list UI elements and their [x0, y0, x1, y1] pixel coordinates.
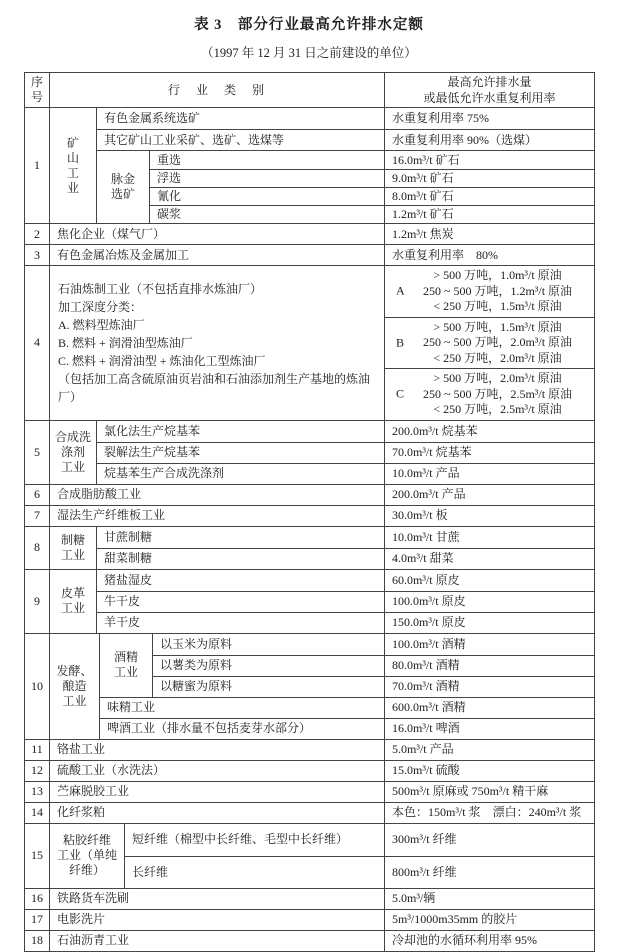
refinery-class-a-block: A > 500 万吨，1.0m³/t 原油 250 ~ 500 万吨，1.2m³…	[385, 266, 594, 317]
row-seq: 3	[25, 245, 49, 265]
item-value: 300m³/t 纤维	[384, 824, 594, 856]
table-subrow: 以玉米为原料 100.0m³/t 酒精	[153, 634, 594, 655]
table-subrow: 甘蔗制糖 10.0m³/t 甘蔗	[97, 527, 594, 548]
item-label: 重选	[150, 151, 384, 169]
item-label: 裂解法生产烷基苯	[97, 443, 384, 463]
item-value: 1.2m³/t 矿石	[384, 206, 594, 223]
item-value: 30.0m³/t 板	[384, 506, 594, 526]
item-label: 合成脂肪酸工业	[49, 485, 384, 505]
item-value: 本色：150m³/t 浆 漂白：240m³/t 浆	[384, 803, 594, 823]
row-10-content: 酒精 工业 以玉米为原料 100.0m³/t 酒精 以薯类为原料 80.0m³/…	[99, 634, 594, 739]
row-seq: 7	[25, 506, 49, 526]
item-label: 碳浆	[150, 206, 384, 223]
table-row-2: 2 焦化企业（煤气厂） 1.2m³/t 焦炭	[25, 223, 594, 244]
item-value: 10.0m³/t 产品	[384, 464, 594, 484]
item-value: 100.0m³/t 酒精	[384, 634, 594, 655]
item-value: 8.0m³/t 矿石	[384, 188, 594, 205]
item-label: 以玉米为原料	[153, 634, 384, 655]
item-value: 水重复利用率 75%	[384, 108, 594, 129]
item-label: 氯化法生产烷基苯	[97, 421, 384, 442]
row-seq: 9	[25, 570, 49, 633]
item-label: 有色金属冶炼及金属加工	[49, 245, 384, 265]
table-row-15: 15 粘胶纤维 工业（单纯 纤维） 短纤维（棉型中长纤维、毛型中长纤维） 300…	[25, 823, 594, 888]
item-label: 甘蔗制糖	[97, 527, 384, 548]
row-seq: 11	[25, 740, 49, 760]
item-label: 焦化企业（煤气厂）	[49, 224, 384, 244]
item-value: 150.0m³/t 原皮	[384, 613, 594, 633]
table-subrow: 其它矿山工业采矿、选矿、选煤等 水重复利用率 90%（选煤）	[97, 129, 594, 150]
row-4-values: A > 500 万吨，1.0m³/t 原油 250 ~ 500 万吨，1.2m³…	[384, 266, 594, 420]
table-subrow: 牛干皮 100.0m³/t 原皮	[97, 591, 594, 612]
item-label: 甜菜制糖	[97, 549, 384, 569]
table-header-row: 序 号 行 业 类 别 最高允许排水量 或最低允许水重复利用率	[25, 73, 594, 107]
item-label: 猪盐湿皮	[97, 570, 384, 591]
item-value: 200.0m³/t 烷基苯	[384, 421, 594, 442]
class-letter: A	[396, 284, 405, 299]
item-value: 100.0m³/t 原皮	[384, 592, 594, 612]
row-10-subgroup-label: 酒精 工业	[100, 634, 152, 697]
table-subrow: 味精工业 600.0m³/t 酒精	[100, 697, 594, 718]
item-value: 10.0m³/t 甘蔗	[384, 527, 594, 548]
table-row-18: 18 石油沥青工业 冷却池的水循环利用率 95%	[25, 930, 594, 951]
item-value: 500m³/t 原麻或 750m³/t 精干麻	[384, 782, 594, 802]
row-seq: 10	[25, 634, 49, 739]
item-value: 16.0m³/t 啤酒	[384, 719, 594, 739]
row-10-alcohol-items: 以玉米为原料 100.0m³/t 酒精 以薯类为原料 80.0m³/t 酒精 以…	[152, 634, 594, 697]
row-5-content: 氯化法生产烷基苯 200.0m³/t 烷基苯 裂解法生产烷基苯 70.0m³/t…	[96, 421, 594, 484]
table-row-10: 10 发酵、 酿造 工业 酒精 工业 以玉米为原料 100.0m³/t 酒精 以…	[25, 633, 594, 739]
table-row-7: 7 湿法生产纤维板工业 30.0m³/t 板	[25, 505, 594, 526]
item-value: 70.0m³/t 烷基苯	[384, 443, 594, 463]
item-label: 啤酒工业（排水量不包括麦芽水部分）	[100, 719, 384, 739]
table-row-9: 9 皮革 工业 猪盐湿皮 60.0m³/t 原皮 牛干皮 100.0m³/t 原…	[25, 569, 594, 633]
item-value: 60.0m³/t 原皮	[384, 570, 594, 591]
class-letter: B	[396, 335, 404, 350]
row-8-group-label: 制糖 工业	[49, 527, 96, 569]
item-label: 短纤维（棉型中长纤维、毛型中长纤维）	[125, 824, 384, 856]
table-row-17: 17 电影洗片 5m³/1000m35mm 的胶片	[25, 909, 594, 930]
table-row-12: 12 硫酸工业（水洗法） 15.0m³/t 硫酸	[25, 760, 594, 781]
table-row-4: 4 石油炼制工业（不包括直排水炼油厂） 加工深度分类： A. 燃料型炼油厂 B.…	[25, 265, 594, 420]
item-label: 苎麻脱胶工业	[49, 782, 384, 802]
header-seq-label: 序 号	[25, 73, 49, 107]
table-subrow: 短纤维（棉型中长纤维、毛型中长纤维） 300m³/t 纤维	[125, 824, 594, 856]
table-row-16: 16 铁路货车洗刷 5.0m³/辆	[25, 888, 594, 909]
table-row-5: 5 合成洗 涤剂 工业 氯化法生产烷基苯 200.0m³/t 烷基苯 裂解法生产…	[25, 420, 594, 484]
refinery-class-c-block: C > 500 万吨，2.0m³/t 原油 250 ~ 500 万吨，2.5m³…	[385, 368, 594, 420]
table-row-14: 14 化纤浆粕 本色：150m³/t 浆 漂白：240m³/t 浆	[25, 802, 594, 823]
item-value: 15.0m³/t 硫酸	[384, 761, 594, 781]
item-value: 水重复利用率 80%	[384, 245, 594, 265]
item-value: 600.0m³/t 酒精	[384, 698, 594, 718]
header-industry-label: 行 业 类 别	[49, 73, 384, 107]
table-subrow: 重选 16.0m³/t 矿石	[150, 151, 594, 169]
row-seq: 12	[25, 761, 49, 781]
row-1-gold-block: 脉金 选矿 重选 16.0m³/t 矿石 浮选 9.0m³/t 矿石 氰化 8.	[97, 150, 594, 223]
row-8-content: 甘蔗制糖 10.0m³/t 甘蔗 甜菜制糖 4.0m³/t 甜菜	[96, 527, 594, 569]
table-subrow: 长纤维 800m³/t 纤维	[125, 856, 594, 888]
table-subrow: 羊干皮 150.0m³/t 原皮	[97, 612, 594, 633]
row-seq: 8	[25, 527, 49, 569]
row-1-gold-items: 重选 16.0m³/t 矿石 浮选 9.0m³/t 矿石 氰化 8.0m³/t …	[149, 151, 594, 223]
row-seq: 6	[25, 485, 49, 505]
row-seq: 5	[25, 421, 49, 484]
row-1-group-label: 矿 山 工 业	[49, 108, 96, 223]
header-value-line2: 或最低允许水重复利用率	[423, 90, 555, 106]
item-label: 电影洗片	[49, 910, 384, 930]
table-subrow: 猪盐湿皮 60.0m³/t 原皮	[97, 570, 594, 591]
header-value-label: 最高允许排水量 或最低允许水重复利用率	[384, 73, 594, 107]
item-label: 硫酸工业（水洗法）	[49, 761, 384, 781]
class-values: > 500 万吨，1.5m³/t 原油 250 ~ 500 万吨，2.0m³/t…	[403, 318, 576, 369]
table-row-3: 3 有色金属冶炼及金属加工 水重复利用率 80%	[25, 244, 594, 265]
item-label: 铬盐工业	[49, 740, 384, 760]
table-subrow: 裂解法生产烷基苯 70.0m³/t 烷基苯	[97, 442, 594, 463]
item-value: 4.0m³/t 甜菜	[384, 549, 594, 569]
item-label: 化纤浆粕	[49, 803, 384, 823]
refinery-class-b-block: B > 500 万吨，1.5m³/t 原油 250 ~ 500 万吨，2.0m³…	[385, 317, 594, 369]
row-1-content: 有色金属系统选矿 水重复利用率 75% 其它矿山工业采矿、选矿、选煤等 水重复利…	[96, 108, 594, 223]
quota-table: 序 号 行 业 类 别 最高允许排水量 或最低允许水重复利用率 1 矿 山 工 …	[24, 72, 595, 952]
table-subrow: 氯化法生产烷基苯 200.0m³/t 烷基苯	[97, 421, 594, 442]
table-row-1: 1 矿 山 工 业 有色金属系统选矿 水重复利用率 75% 其它矿山工业采矿、选…	[25, 107, 594, 223]
table-subtitle: （1997 年 12 月 31 日之前建设的单位）	[0, 43, 618, 61]
row-9-content: 猪盐湿皮 60.0m³/t 原皮 牛干皮 100.0m³/t 原皮 羊干皮 15…	[96, 570, 594, 633]
item-value: 16.0m³/t 矿石	[384, 151, 594, 169]
item-value: 5.0m³/辆	[384, 889, 594, 909]
item-value: 冷却池的水循环利用率 95%	[384, 931, 594, 951]
row-15-content: 短纤维（棉型中长纤维、毛型中长纤维） 300m³/t 纤维 长纤维 800m³/…	[124, 824, 594, 888]
table-row-8: 8 制糖 工业 甘蔗制糖 10.0m³/t 甘蔗 甜菜制糖 4.0m³/t 甜菜	[25, 526, 594, 569]
table-subrow: 有色金属系统选矿 水重复利用率 75%	[97, 108, 594, 129]
class-values: > 500 万吨，1.0m³/t 原油 250 ~ 500 万吨，1.2m³/t…	[403, 266, 576, 317]
row-9-group-label: 皮革 工业	[49, 570, 96, 633]
table-subrow: 以薯类为原料 80.0m³/t 酒精	[153, 655, 594, 676]
row-seq: 15	[25, 824, 49, 888]
class-values: > 500 万吨，2.0m³/t 原油 250 ~ 500 万吨，2.5m³/t…	[403, 369, 576, 420]
item-value: 200.0m³/t 产品	[384, 485, 594, 505]
table-row-6: 6 合成脂肪酸工业 200.0m³/t 产品	[25, 484, 594, 505]
table-title: 表 3 部分行业最高允许排水定额	[0, 0, 618, 34]
item-value: 1.2m³/t 焦炭	[384, 224, 594, 244]
row-seq: 17	[25, 910, 49, 930]
table-row-13: 13 苎麻脱胶工业 500m³/t 原麻或 750m³/t 精干麻	[25, 781, 594, 802]
row-15-group-label: 粘胶纤维 工业（单纯 纤维）	[49, 824, 124, 888]
item-label: 长纤维	[125, 857, 384, 888]
table-subrow: 甜菜制糖 4.0m³/t 甜菜	[97, 548, 594, 569]
item-label: 其它矿山工业采矿、选矿、选煤等	[97, 130, 384, 150]
item-label: 羊干皮	[97, 613, 384, 633]
item-label: 以薯类为原料	[153, 656, 384, 676]
row-1-seq: 1	[25, 108, 49, 223]
table-subrow: 以糖蜜为原料 70.0m³/t 酒精	[153, 676, 594, 697]
row-10-alcohol-block: 酒精 工业 以玉米为原料 100.0m³/t 酒精 以薯类为原料 80.0m³/…	[100, 634, 594, 697]
item-label: 烷基苯生产合成洗涤剂	[97, 464, 384, 484]
item-value: 水重复利用率 90%（选煤）	[384, 130, 594, 150]
item-value: 5.0m³/t 产品	[384, 740, 594, 760]
item-label: 氰化	[150, 188, 384, 205]
table-subrow: 氰化 8.0m³/t 矿石	[150, 187, 594, 205]
item-label: 石油沥青工业	[49, 931, 384, 951]
item-label: 味精工业	[100, 698, 384, 718]
item-label: 铁路货车洗刷	[49, 889, 384, 909]
document-page: 表 3 部分行业最高允许排水定额 （1997 年 12 月 31 日之前建设的单…	[0, 0, 618, 952]
item-value: 800m³/t 纤维	[384, 857, 594, 888]
row-5-group-label: 合成洗 涤剂 工业	[49, 421, 96, 484]
table-row-11: 11 铬盐工业 5.0m³/t 产品	[25, 739, 594, 760]
item-label: 牛干皮	[97, 592, 384, 612]
row-seq: 13	[25, 782, 49, 802]
row-1-subgroup-label: 脉金 选矿	[97, 151, 149, 223]
item-value: 5m³/1000m35mm 的胶片	[384, 910, 594, 930]
row-seq: 16	[25, 889, 49, 909]
item-label: 有色金属系统选矿	[97, 108, 384, 129]
item-value: 80.0m³/t 酒精	[384, 656, 594, 676]
item-value: 9.0m³/t 矿石	[384, 170, 594, 187]
table-subrow: 烷基苯生产合成洗涤剂 10.0m³/t 产品	[97, 463, 594, 484]
table-subrow: 啤酒工业（排水量不包括麦芽水部分） 16.0m³/t 啤酒	[100, 718, 594, 739]
row-seq: 18	[25, 931, 49, 951]
item-label: 湿法生产纤维板工业	[49, 506, 384, 526]
table-subrow: 碳浆 1.2m³/t 矿石	[150, 205, 594, 223]
header-value-line1: 最高允许排水量	[447, 74, 531, 90]
class-letter: C	[396, 387, 404, 402]
row-seq: 2	[25, 224, 49, 244]
row-seq: 14	[25, 803, 49, 823]
row-10-group-label: 发酵、 酿造 工业	[49, 634, 99, 739]
row-4-description: 石油炼制工业（不包括直排水炼油厂） 加工深度分类： A. 燃料型炼油厂 B. 燃…	[49, 266, 384, 420]
row-seq: 4	[25, 266, 49, 420]
item-label: 浮选	[150, 170, 384, 187]
table-subrow: 浮选 9.0m³/t 矿石	[150, 169, 594, 187]
item-value: 70.0m³/t 酒精	[384, 677, 594, 697]
item-label: 以糖蜜为原料	[153, 677, 384, 697]
